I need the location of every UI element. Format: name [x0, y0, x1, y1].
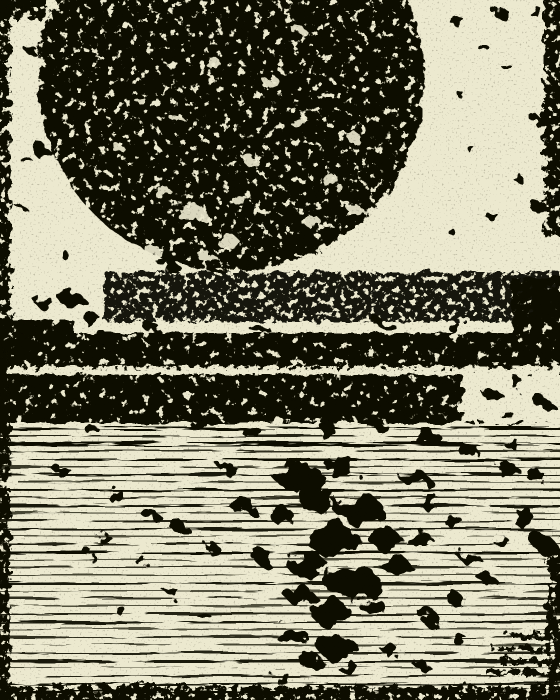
- print-layers: [0, 0, 560, 700]
- paper-dust: [0, 0, 560, 700]
- abstract-print-canvas: [0, 0, 560, 700]
- artwork-frame: [0, 0, 560, 700]
